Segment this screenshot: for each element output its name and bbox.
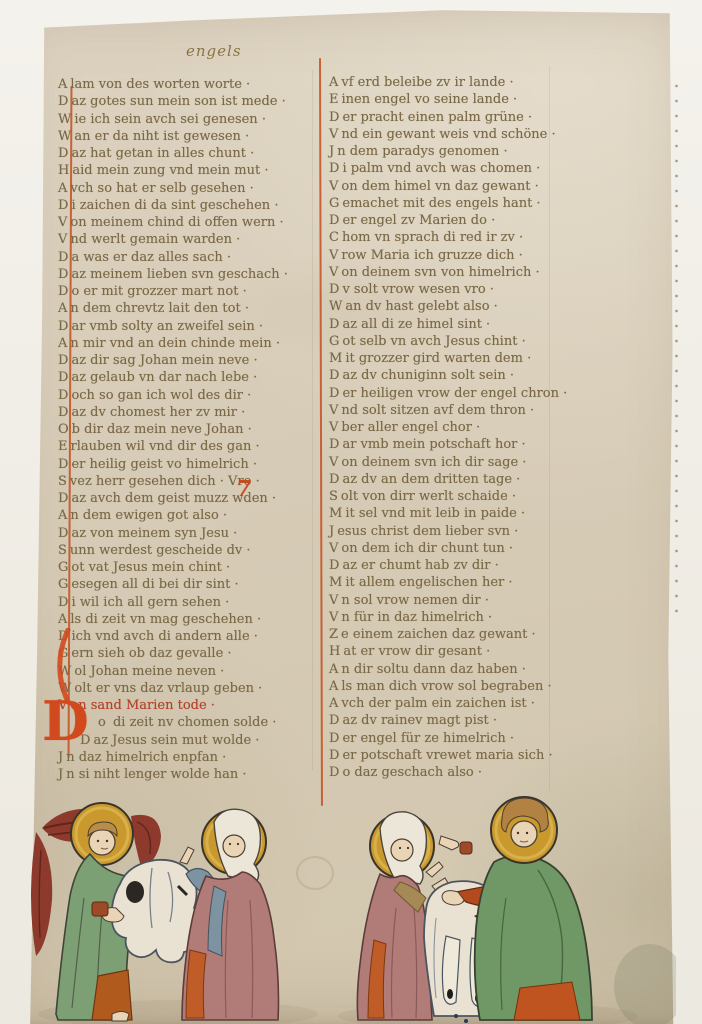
text-line: Der heiligen vrow der engel chron · xyxy=(329,385,567,402)
angel-cuff xyxy=(92,902,108,916)
text-line: An dir soltu dann daz haben · xyxy=(329,661,567,678)
text-line: Daz hat getan in alles chunt · xyxy=(58,145,316,162)
text-line: Mit grozzer gird warten dem · xyxy=(329,350,567,367)
text-line: Daz avch dem geist muzz wden · xyxy=(58,490,316,507)
text-line: Di palm vnd avch was chomen · xyxy=(329,160,567,177)
text-line: Gemachet mit des engels hant · xyxy=(329,195,567,212)
text-line: Avch der palm ein zaichen ist · xyxy=(329,695,567,712)
text-line: Jn daz himelrich enpfan · xyxy=(58,749,316,766)
text-column-right: Avf erd beleibe zv ir lande ·Einen engel… xyxy=(329,74,567,781)
text-line: Do daz geschach also · xyxy=(329,764,567,781)
text-line: Wan er da niht ist gewesen · xyxy=(58,128,316,145)
text-line: Dich vnd avch di andern alle · xyxy=(58,628,316,645)
text-line: Got selb vn avch Jesus chint · xyxy=(329,333,567,350)
text-line: Jn si niht lenger wolde han · xyxy=(58,766,316,783)
text-line: Avch so hat er selb gesehen · xyxy=(58,180,316,197)
text-line: Gern sieh ob daz gevalle · xyxy=(58,645,316,662)
scene-angel-and-mary xyxy=(31,803,279,1021)
text-column-left: Alam von des worten worte ·Daz gotes sun… xyxy=(58,76,316,783)
running-title: engels xyxy=(186,42,242,60)
text-line: Der heilig geist vo himelrich · xyxy=(58,456,316,473)
john-head xyxy=(511,821,537,847)
text-line: Daz gelaub vn dar nach lebe · xyxy=(58,369,316,386)
text-line: Der engel für ze himelrich · xyxy=(329,730,567,747)
text-line: Wan dv hast gelebt also · xyxy=(329,298,567,315)
text-line: Ob dir daz mein neve Johan · xyxy=(58,421,316,438)
mary-underdress xyxy=(186,950,206,1018)
text-line: Daz er chumt hab zv dir · xyxy=(329,557,567,574)
miniature-illustration xyxy=(28,788,676,1024)
text-line: Erlauben wil vnd dir des gan · xyxy=(58,438,316,455)
text-line: Vnd ein gewant weis vnd schöne · xyxy=(329,126,567,143)
text-line: Dv solt vrow wesen vro · xyxy=(329,281,567,298)
text-line: Von deinem svn von himelrich · xyxy=(329,264,567,281)
john-cuff xyxy=(460,842,472,854)
text-line: Gesegen all di bei dir sint · xyxy=(58,576,316,593)
john-underskirt xyxy=(514,982,580,1020)
text-line: Solt von dirr werlt schaide · xyxy=(329,488,567,505)
mary-hand xyxy=(180,847,194,864)
text-line: Avf erd beleibe zv ir lande · xyxy=(329,74,567,91)
text-line: An dem ewigen got also · xyxy=(58,507,316,524)
text-line: Daz von meinem syn Jesu · xyxy=(58,525,316,542)
text-line: Daz dv rainev magt pist · xyxy=(329,712,567,729)
text-line: Einen engel vo seine lande · xyxy=(329,91,567,108)
text-line: Als di zeit vn mag geschehen · xyxy=(58,611,316,628)
text-line: Di wil ich all gern sehen · xyxy=(58,594,316,611)
text-line: Daz Jesus sein mut wolde · xyxy=(58,732,316,749)
text-line: Daz dir sag Johan mein neve · xyxy=(58,352,316,369)
text-line: Daz meinem lieben svn geschach · xyxy=(58,266,316,283)
text-line: Mit allem engelischen her · xyxy=(329,574,567,591)
text-line: Der potschaft vrewet maria sich · xyxy=(329,747,567,764)
text-line: Der engel zv Marien do · xyxy=(329,212,567,229)
corner-smudge xyxy=(614,944,676,1024)
text-line: Von dem ich dir chunt tun · xyxy=(329,540,567,557)
text-line: Jesus christ dem lieber svn · xyxy=(329,523,567,540)
text-line: Vber aller engel chor · xyxy=(329,419,567,436)
text-line: Vrow Maria ich gruzze dich · xyxy=(329,247,567,264)
text-line: Von dem himel vn daz gewant · xyxy=(329,178,567,195)
text-line: Wolt er vns daz vrlaup geben · xyxy=(58,680,316,697)
text-line: Sunn werdest gescheide dv · xyxy=(58,542,316,559)
text-line: Alam von des worten worte · xyxy=(58,76,316,93)
text-line: Da was er daz alles sach · xyxy=(58,249,316,266)
text-line: Jn dem paradys genomen · xyxy=(329,143,567,160)
text-line: Vn sol vrow nemen dir · xyxy=(329,592,567,609)
text-line: Daz gotes sun mein son ist mede · xyxy=(58,93,316,110)
angel-foot xyxy=(112,1012,129,1022)
text-line: An dem chrevtz lait den tot · xyxy=(58,300,316,317)
text-line: Svez herr gesehen dich · Vro · xyxy=(58,473,316,490)
text-line: Vnd werlt gemain warden · xyxy=(58,231,316,248)
text-line: Von sand Marien tode · xyxy=(58,697,316,714)
text-line: Daz dv an dem dritten tage · xyxy=(329,471,567,488)
text-line: An mir vnd an dein chinde mein · xyxy=(58,335,316,352)
initial-flourish xyxy=(50,628,90,708)
text-line: Von meinem chind di offen wern · xyxy=(58,214,316,231)
angel-head xyxy=(88,822,117,855)
text-line: Dar vmb solty an zweifel sein · xyxy=(58,318,316,335)
mary-head xyxy=(391,839,413,861)
john-hand-raised xyxy=(439,836,459,850)
text-line: Daz dv chomest her zv mir · xyxy=(58,404,316,421)
text-line: Mit sel vnd mit leib in paide · xyxy=(329,505,567,522)
text-line: Chom vn sprach di red ir zv · xyxy=(329,229,567,246)
text-line: Di zaichen di da sint geschehen · xyxy=(58,197,316,214)
text-line: Vnd solt sitzen avf dem thron · xyxy=(329,402,567,419)
text-line: Vn für in daz himelrich · xyxy=(329,609,567,626)
text-line: Als man dich vrow sol begraben · xyxy=(329,678,567,695)
text-line: Von deinem svn ich dir sage · xyxy=(329,454,567,471)
mary-head xyxy=(223,835,245,857)
text-line: Der pracht einen palm grüne · xyxy=(329,109,567,126)
text-line: Got vat Jesus mein chint · xyxy=(58,559,316,576)
text-line: Daz all di ze himel sint · xyxy=(329,316,567,333)
text-line: Wol Johan meine neven · xyxy=(58,663,316,680)
text-line: Haid mein zung vnd mein mut · xyxy=(58,162,316,179)
pricking-marks xyxy=(675,84,678,624)
text-line: o di zeit nv chomen solde · xyxy=(58,714,316,731)
text-line: Ze einem zaichen daz gewant · xyxy=(329,626,567,643)
scene-mary-and-john xyxy=(357,797,592,1023)
text-line: Daz dv chuniginn solt sein · xyxy=(329,367,567,384)
text-line: Do er mit grozzer mart not · xyxy=(58,283,316,300)
text-line: Wie ich sein avch sei genesen · xyxy=(58,111,316,128)
text-line: Hat er vrow dir gesant · xyxy=(329,643,567,660)
text-line: Doch so gan ich wol des dir · xyxy=(58,387,316,404)
text-line: Dar vmb mein potschaft hor · xyxy=(329,436,567,453)
